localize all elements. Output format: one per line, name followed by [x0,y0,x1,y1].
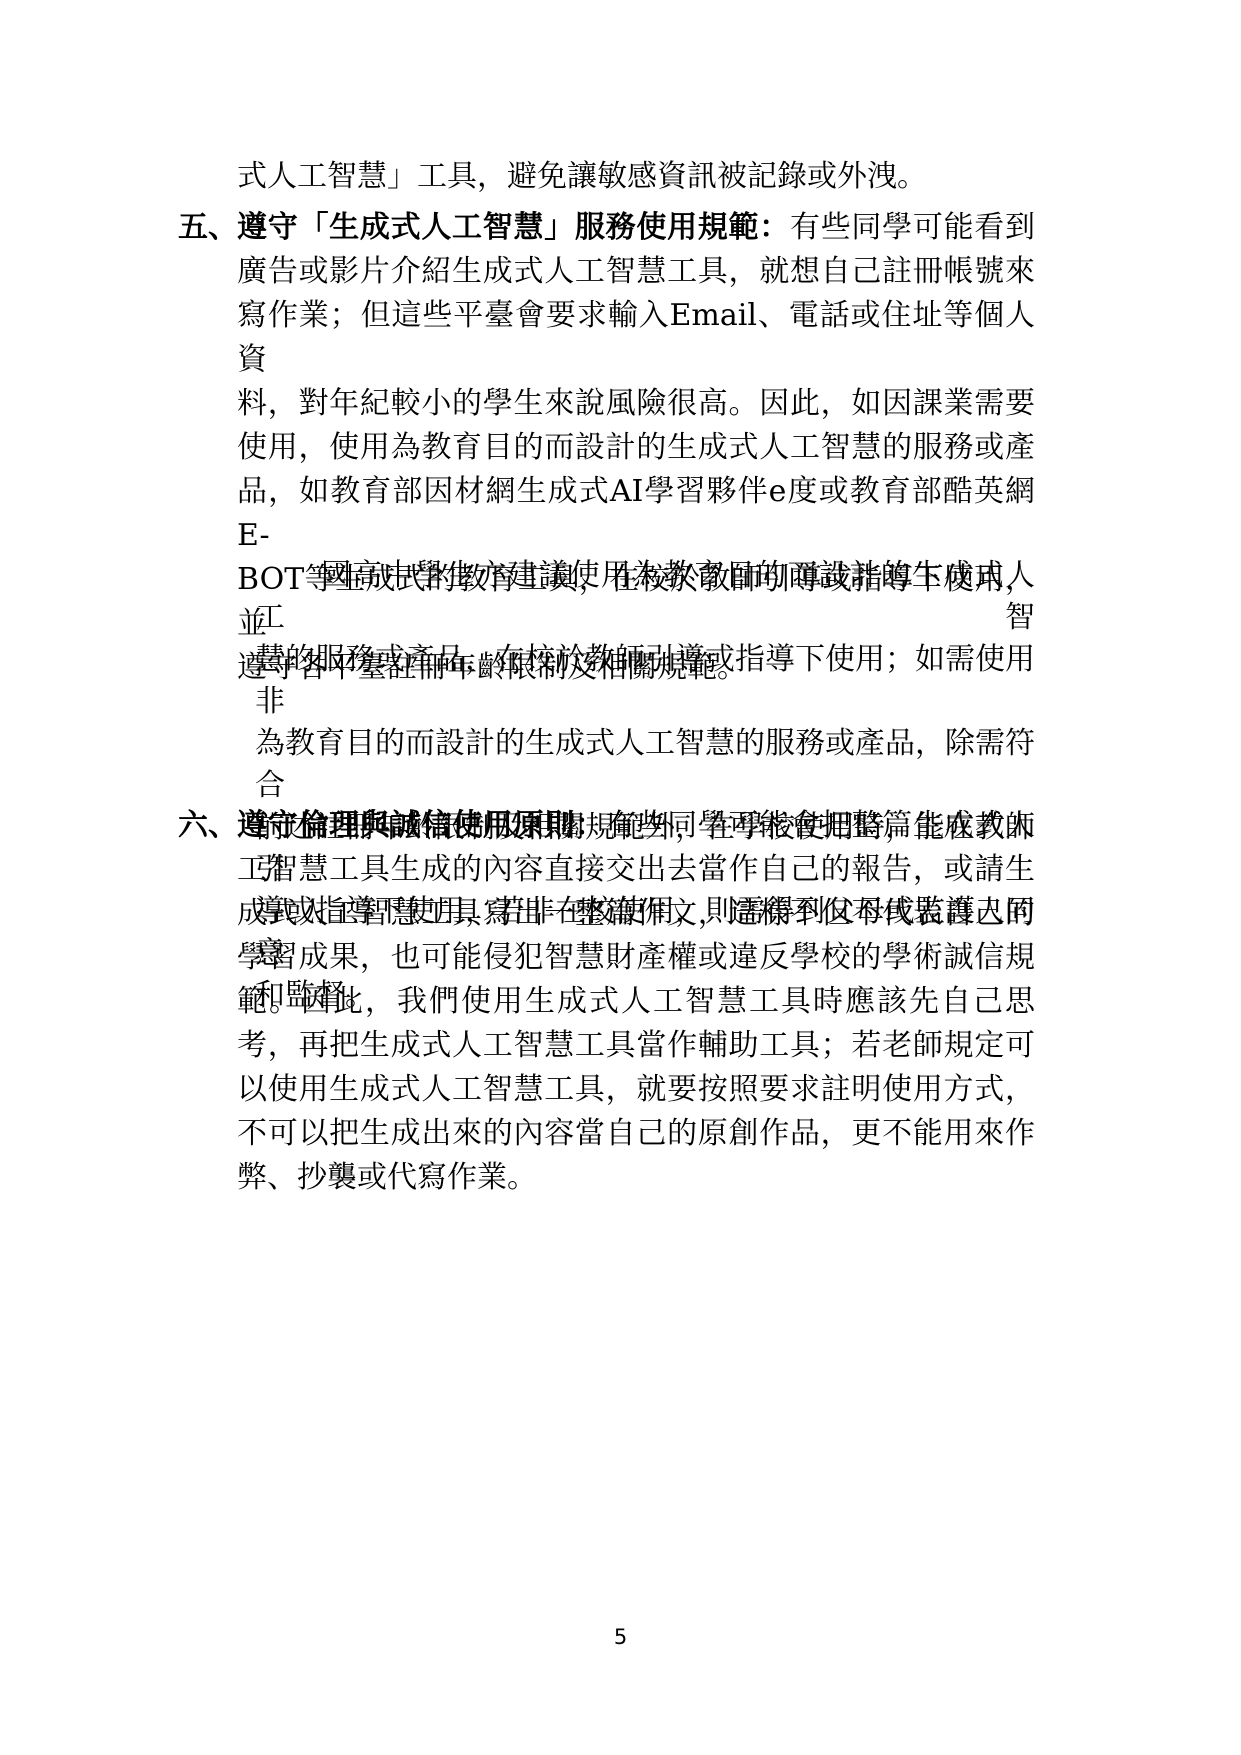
text-line: 以使用生成式人工智慧工具，就要按照要求註明使用方式， [237,1068,1035,1112]
text-line: 成式人工智慧工具寫出一整篇作文，這樣不但不代表自己的 [237,892,1035,936]
text-line: 工智慧工具生成的內容直接交出去當作自己的報告，或請生 [237,848,1035,892]
text-line: 料，對年紀較小的學生來說風險很高。因此，如因課業需要 [237,382,1035,426]
item-five-heading: 遵守「生成式人工智慧」服務使用規範： [237,210,790,245]
text-line: 國高中學生亦建議使用為教育目的而設計的生成式人工智 [255,555,1035,639]
text-line: 範。因此，我們使用生成式人工智慧工具時應該先自己思 [237,980,1035,1024]
item-five-heading-line: 五、遵守「生成式人工智慧」服務使用規範：有些同學可能看到 [237,206,1035,250]
page-number: 5 [0,1622,1241,1652]
text-line: 為教育目的而設計的生成式人工智慧的服務或產品，除需符合 [255,723,1035,807]
item-five-marker: 五、 [178,206,238,250]
item-six-heading: 遵守倫理與誠信使用原則： [237,808,606,843]
item-five-lead-text: 有些同學可能看到 [790,210,1035,245]
text-line: 使用，使用為教育目的而設計的生成式人工智慧的服務或產 [237,426,1035,470]
text-line: 寫作業；但這些平臺會要求輸入Email、電話或住址等個人資 [237,294,1035,382]
text-line: 弊、抄襲或代寫作業。 [237,1156,1035,1200]
text-line: 慧的服務或產品，在校於教師引導或指導下使用；如需使用非 [255,639,1035,723]
text-line: 不可以把生成出來的內容當自己的原創作品，更不能用來作 [237,1112,1035,1156]
item-six-body: 工智慧工具生成的內容直接交出去當作自己的報告，或請生成式人工智慧工具寫出一整篇作… [237,848,1035,1200]
text-line: 品，如教育部因材網生成式AI學習夥伴e度或教育部酷英網E- [237,470,1035,558]
list-item-six: 六、遵守倫理與誠信使用原則：有些同學可能會把整篇生成式人 工智慧工具生成的內容直… [237,804,1035,1200]
item-six-marker: 六、 [178,804,238,848]
item-six-heading-line: 六、遵守倫理與誠信使用原則：有些同學可能會把整篇生成式人 [237,804,1035,848]
continuation-line: 式人工智慧」工具，避免讓敏感資訊被記錄或外洩。 [237,155,1035,199]
text-line: 廣告或影片介紹生成式人工智慧工具，就想自己註冊帳號來 [237,250,1035,294]
text-line: 學習成果，也可能侵犯智慧財產權或違反學校的學術誠信規 [237,936,1035,980]
document-page: 式人工智慧」工具，避免讓敏感資訊被記錄或外洩。 五、遵守「生成式人工智慧」服務使… [0,0,1241,1755]
item-six-lead-text: 有些同學可能會把整篇生成式人 [606,808,1035,843]
text-line: 考，再把生成式人工智慧工具當作輔助工具；若老師規定可 [237,1024,1035,1068]
